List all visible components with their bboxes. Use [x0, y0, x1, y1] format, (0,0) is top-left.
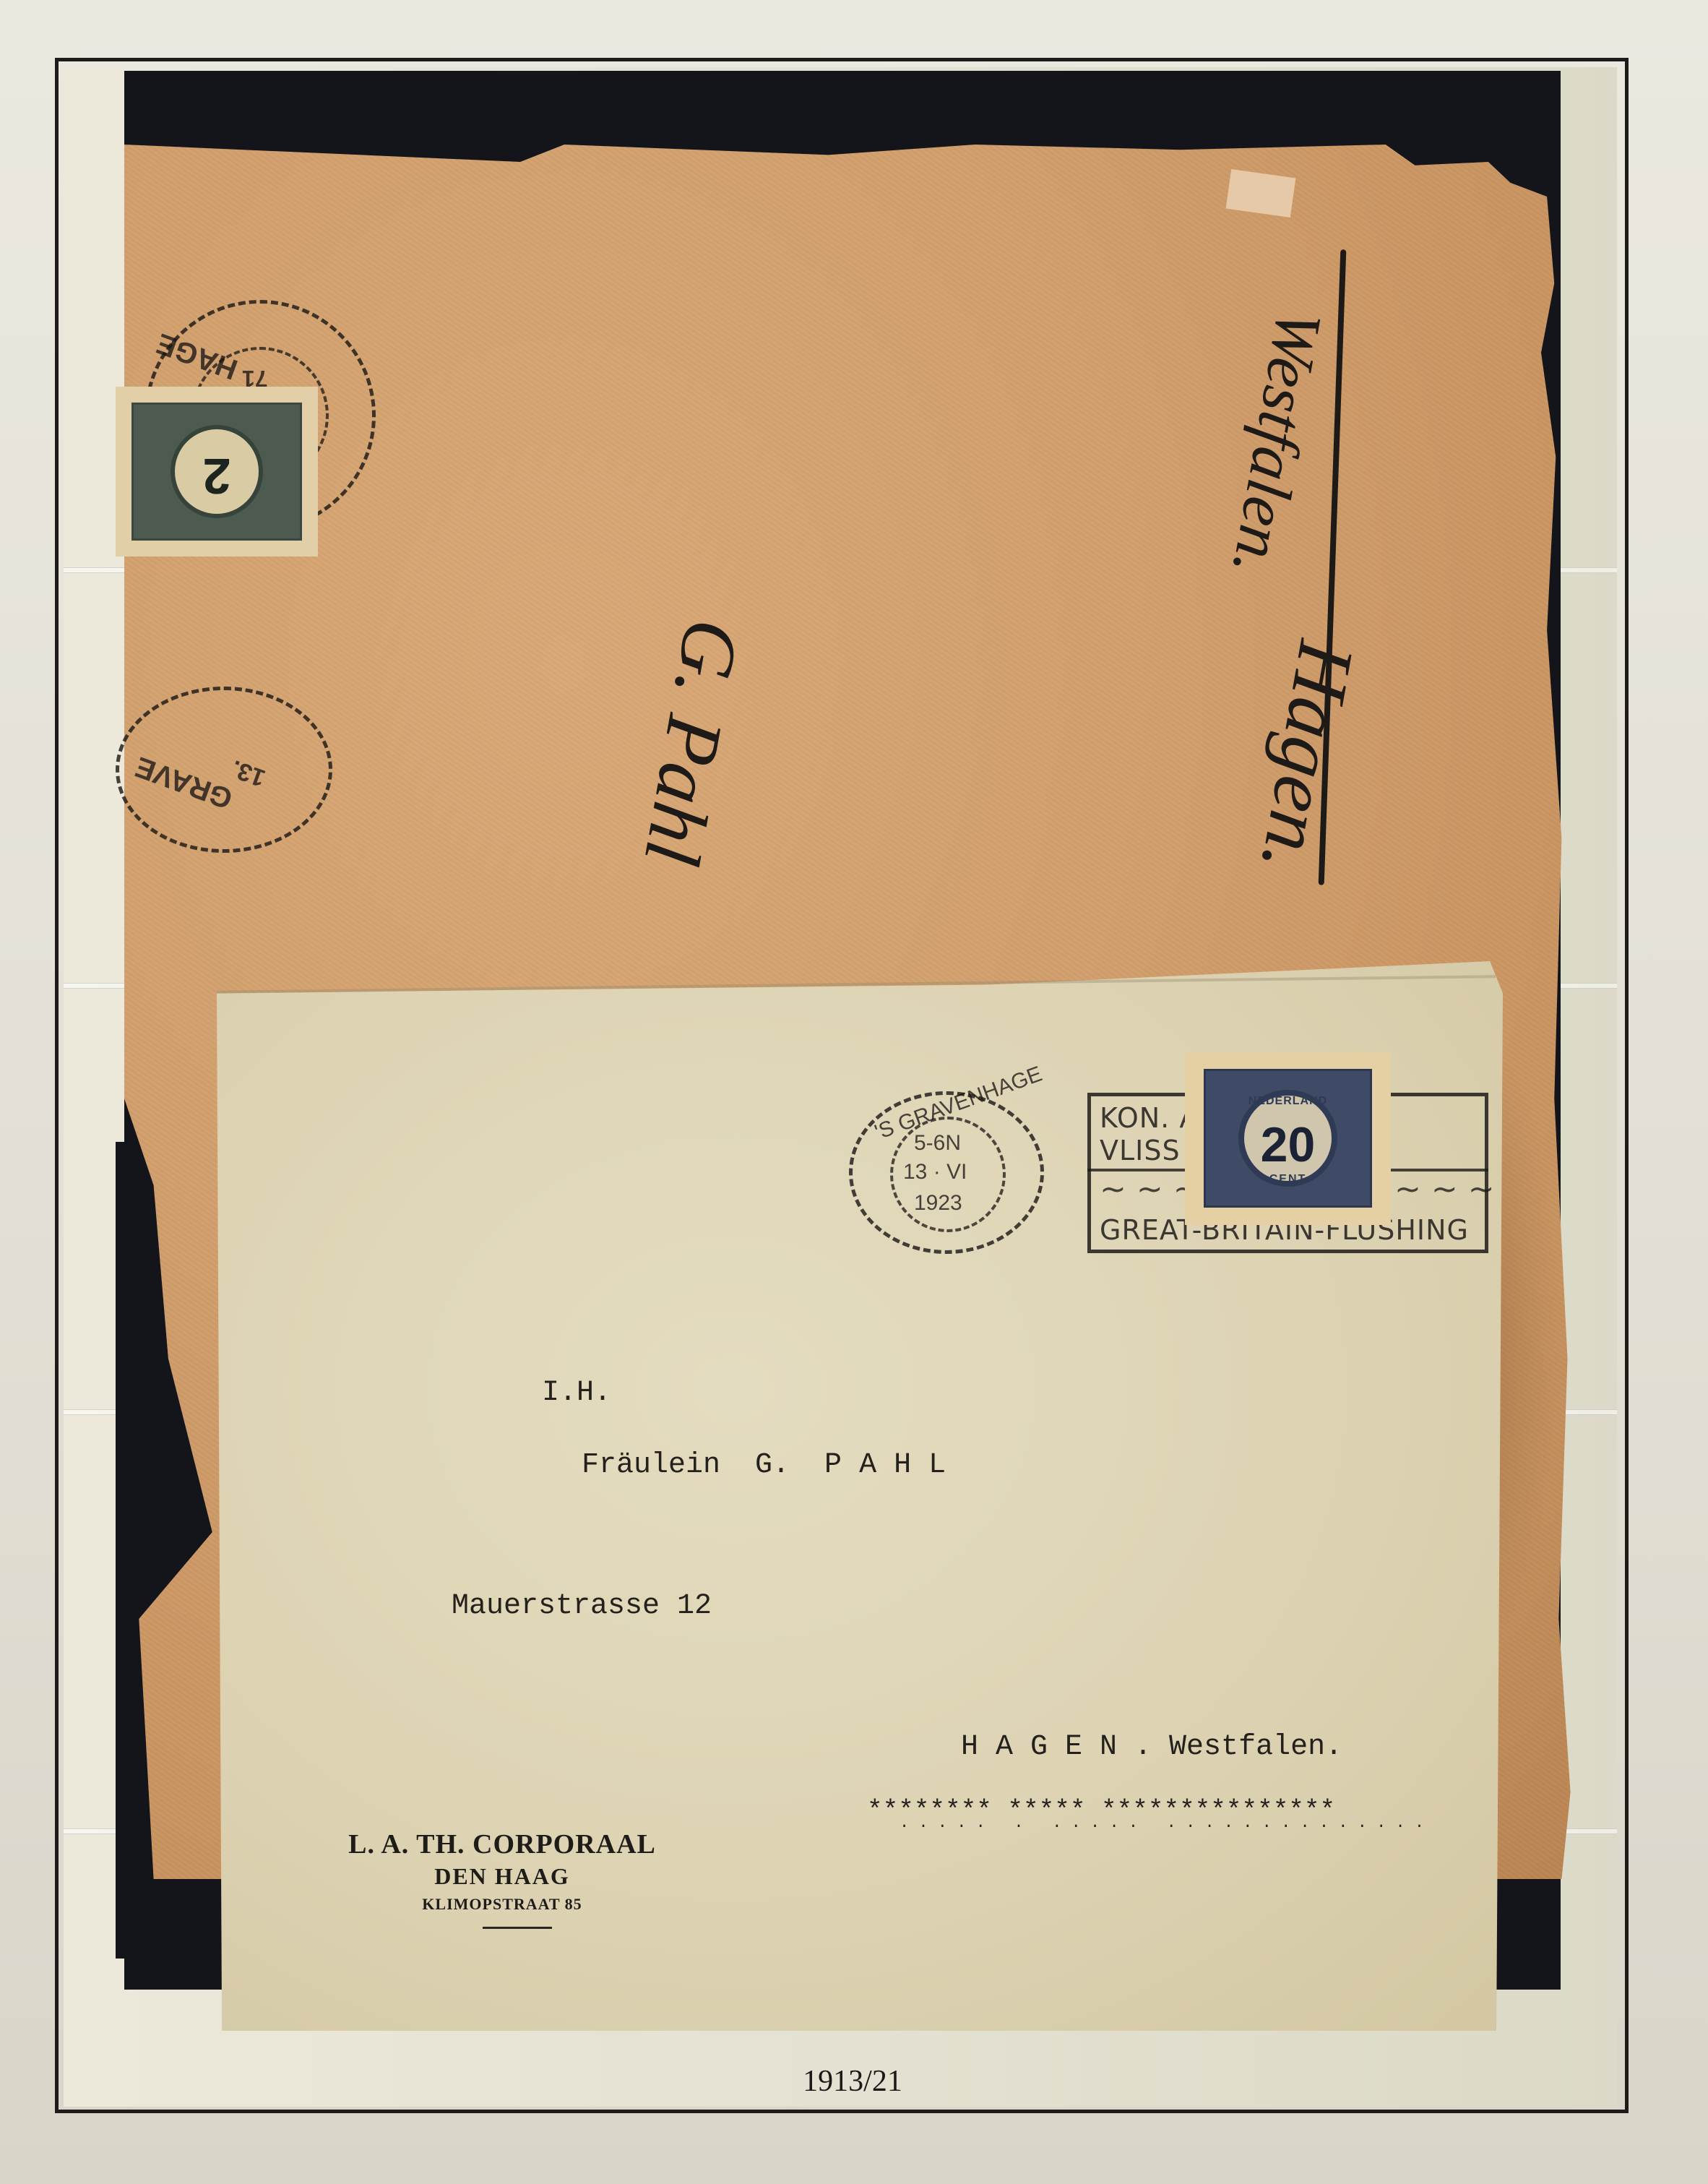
postmark-time: 5-6N: [914, 1131, 961, 1156]
address-salutation: I.H.: [542, 1377, 611, 1409]
black-mount-backing: [116, 1142, 145, 1959]
page-caption: 1913/21: [723, 2064, 983, 2099]
sender-rule: [483, 1927, 552, 1929]
address-city: H A G E N . Westfalen.: [961, 1731, 1342, 1763]
sender-street: KLIMOPSTRAAT 85: [285, 1895, 719, 1914]
sender-name: L. A. TH. CORPORAAL: [285, 1828, 719, 1860]
green-postage-stamp: 2: [116, 387, 318, 556]
sender-city: DEN HAAG: [285, 1863, 719, 1890]
stamp-unit: CENT: [1206, 1173, 1370, 1186]
wave-ornament: ~ ~ ~: [1394, 1171, 1495, 1208]
stamp-country: NEDERLAND: [1206, 1095, 1370, 1108]
address-underline-dots: . . . . . . . . . . . . . . . . . . . . …: [900, 1814, 1424, 1832]
blue-postage-stamp: NEDERLAND 20 CENT: [1185, 1052, 1391, 1225]
stamp-value: 20: [1206, 1117, 1370, 1173]
stamp-value: 2: [134, 447, 300, 505]
album-page: HAGE 71 2 GRAVE 13. G. Pahl Hagen. Westf…: [0, 0, 1708, 2184]
stamp-design: NEDERLAND 20 CENT: [1204, 1069, 1372, 1208]
address-street: Mauerstrasse 12: [452, 1590, 712, 1622]
address-name: Fräulein G. P A H L: [582, 1449, 946, 1482]
postmark-year: 1923: [914, 1191, 962, 1216]
postmark-date: 13 · VI: [903, 1160, 967, 1185]
stamp-design: 2: [131, 403, 302, 541]
